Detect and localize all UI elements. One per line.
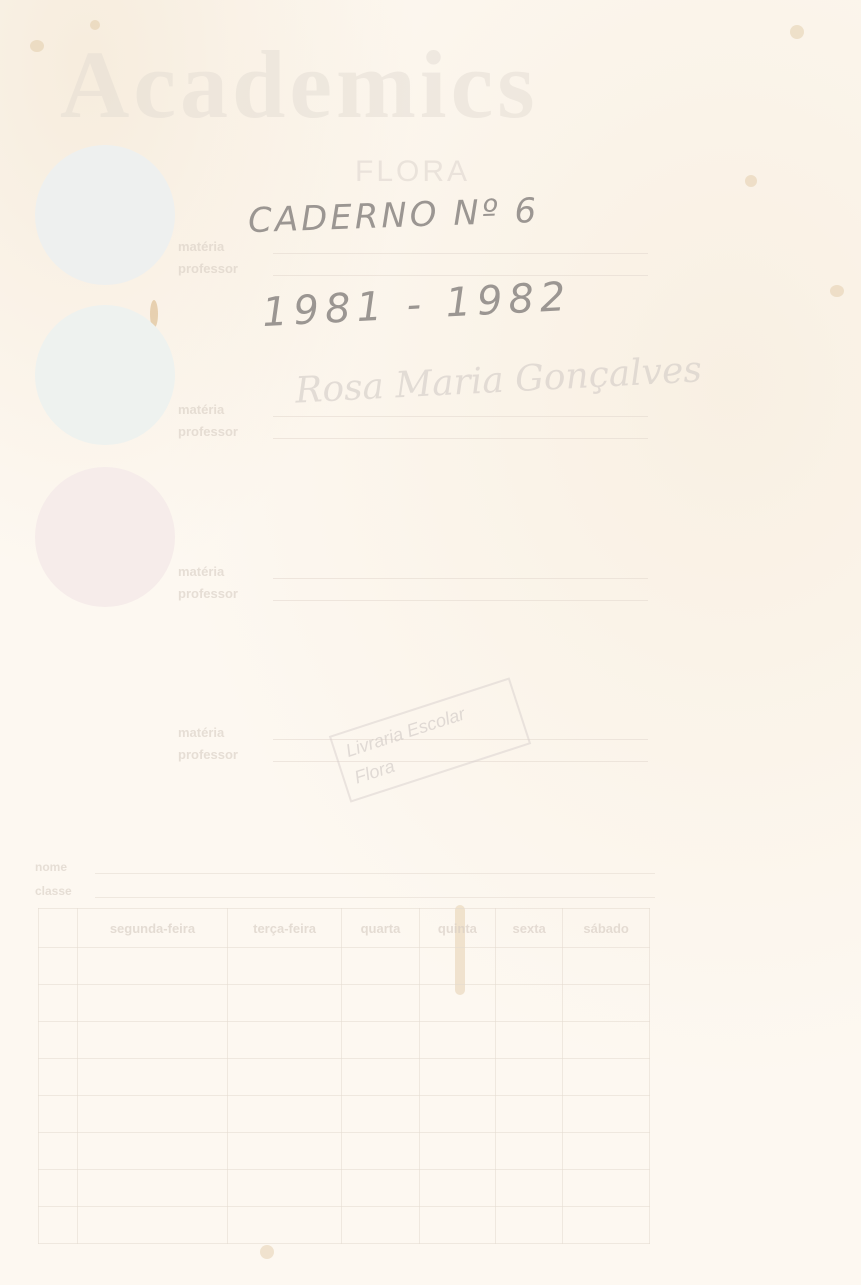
timetable-cell xyxy=(227,1022,341,1059)
student-info: nome classe xyxy=(35,850,655,898)
timetable-cell xyxy=(419,1207,495,1244)
subject-line xyxy=(273,237,648,254)
subject-label: matéria xyxy=(178,239,273,254)
timetable-cell xyxy=(419,1022,495,1059)
class-line xyxy=(95,879,655,898)
row-number-cell xyxy=(39,1170,78,1207)
weekly-timetable: segunda-feira terça-feira quarta quinta … xyxy=(38,908,650,1244)
brand-logo: Academics xyxy=(60,40,640,130)
timetable-cell xyxy=(78,1207,228,1244)
printed-subject-word: FLORA xyxy=(355,155,470,189)
row-number-cell xyxy=(39,1059,78,1096)
timetable-cell xyxy=(563,1059,650,1096)
row-number-header xyxy=(39,909,78,948)
timetable-header: sexta xyxy=(496,909,563,948)
row-number-cell xyxy=(39,948,78,985)
table-row xyxy=(39,1096,650,1133)
age-stain xyxy=(90,20,100,30)
timetable-cell xyxy=(419,948,495,985)
teacher-line xyxy=(273,259,648,276)
timetable-cell xyxy=(227,1059,341,1096)
table-row xyxy=(39,1207,650,1244)
subject-label: matéria xyxy=(178,402,273,417)
row-number-cell xyxy=(39,1022,78,1059)
timetable-cell xyxy=(227,1096,341,1133)
table-row xyxy=(39,985,650,1022)
timetable-cell xyxy=(496,948,563,985)
teacher-line xyxy=(273,584,648,601)
subject-line xyxy=(273,562,648,579)
name-label: nome xyxy=(35,860,95,874)
timetable-cell xyxy=(227,948,341,985)
timetable-cell xyxy=(563,1207,650,1244)
row-number-cell xyxy=(39,1096,78,1133)
timetable-cell xyxy=(342,1207,420,1244)
timetable-cell xyxy=(227,985,341,1022)
timetable-cell xyxy=(227,1207,341,1244)
timetable-cell xyxy=(496,985,563,1022)
timetable-cell xyxy=(496,1059,563,1096)
age-stain xyxy=(260,1245,274,1259)
timetable-cell xyxy=(227,1133,341,1170)
age-stain xyxy=(30,40,44,52)
color-disc-blue xyxy=(35,145,175,285)
timetable-cell xyxy=(419,985,495,1022)
handwritten-school-years: 1981 - 1982 xyxy=(261,274,572,336)
timetable-cell xyxy=(342,1133,420,1170)
timetable-cell xyxy=(419,1170,495,1207)
timetable-cell xyxy=(563,1096,650,1133)
age-stain xyxy=(745,175,757,187)
row-number-cell xyxy=(39,985,78,1022)
age-stain xyxy=(790,25,804,39)
timetable-cell xyxy=(78,1170,228,1207)
age-stain xyxy=(830,285,844,297)
timetable-cell xyxy=(496,1170,563,1207)
row-number-cell xyxy=(39,1207,78,1244)
teacher-label: professor xyxy=(178,747,273,762)
timetable-cell xyxy=(342,985,420,1022)
teacher-line xyxy=(273,422,648,439)
timetable-cell xyxy=(342,948,420,985)
timetable-cell xyxy=(563,985,650,1022)
teacher-label: professor xyxy=(178,586,273,601)
timetable-cell xyxy=(78,948,228,985)
timetable-cell xyxy=(419,1133,495,1170)
color-disc-green xyxy=(35,305,175,445)
name-line xyxy=(95,855,655,874)
color-disc-pink xyxy=(35,467,175,607)
timetable-header: quinta xyxy=(419,909,495,948)
class-label: classe xyxy=(35,884,95,898)
timetable-cell xyxy=(342,1096,420,1133)
timetable-cell xyxy=(419,1096,495,1133)
timetable-cell xyxy=(78,985,228,1022)
timetable-cell xyxy=(496,1096,563,1133)
timetable-header-row: segunda-feira terça-feira quarta quinta … xyxy=(39,909,650,948)
timetable-cell xyxy=(563,1170,650,1207)
table-row xyxy=(39,948,650,985)
timetable-cell xyxy=(78,1059,228,1096)
teacher-label: professor xyxy=(178,261,273,276)
timetable-cell xyxy=(496,1133,563,1170)
timetable-header: sábado xyxy=(563,909,650,948)
timetable-cell xyxy=(419,1059,495,1096)
subject-label: matéria xyxy=(178,725,273,740)
timetable-cell xyxy=(78,1133,228,1170)
timetable-cell xyxy=(496,1207,563,1244)
timetable-cell xyxy=(496,1022,563,1059)
timetable-cell xyxy=(563,948,650,985)
timetable-header: quarta xyxy=(342,909,420,948)
table-row xyxy=(39,1133,650,1170)
timetable-cell xyxy=(342,1170,420,1207)
table-row xyxy=(39,1059,650,1096)
table-row xyxy=(39,1170,650,1207)
timetable-cell xyxy=(342,1059,420,1096)
timetable-cell xyxy=(78,1022,228,1059)
timetable-cell xyxy=(563,1133,650,1170)
timetable-cell xyxy=(563,1022,650,1059)
timetable-header: terça-feira xyxy=(227,909,341,948)
notebook-cover: Academics FLORA matéria professor matéri… xyxy=(0,0,861,1285)
table-row xyxy=(39,1022,650,1059)
subject-label: matéria xyxy=(178,564,273,579)
row-number-cell xyxy=(39,1133,78,1170)
field-group-3: matéria professor xyxy=(178,557,648,601)
timetable-header: segunda-feira xyxy=(78,909,228,948)
shop-stamp: Livraria Escolar Flora xyxy=(329,677,531,802)
timetable-cell xyxy=(78,1096,228,1133)
teacher-label: professor xyxy=(178,424,273,439)
timetable-cell xyxy=(342,1022,420,1059)
timetable-cell xyxy=(227,1170,341,1207)
